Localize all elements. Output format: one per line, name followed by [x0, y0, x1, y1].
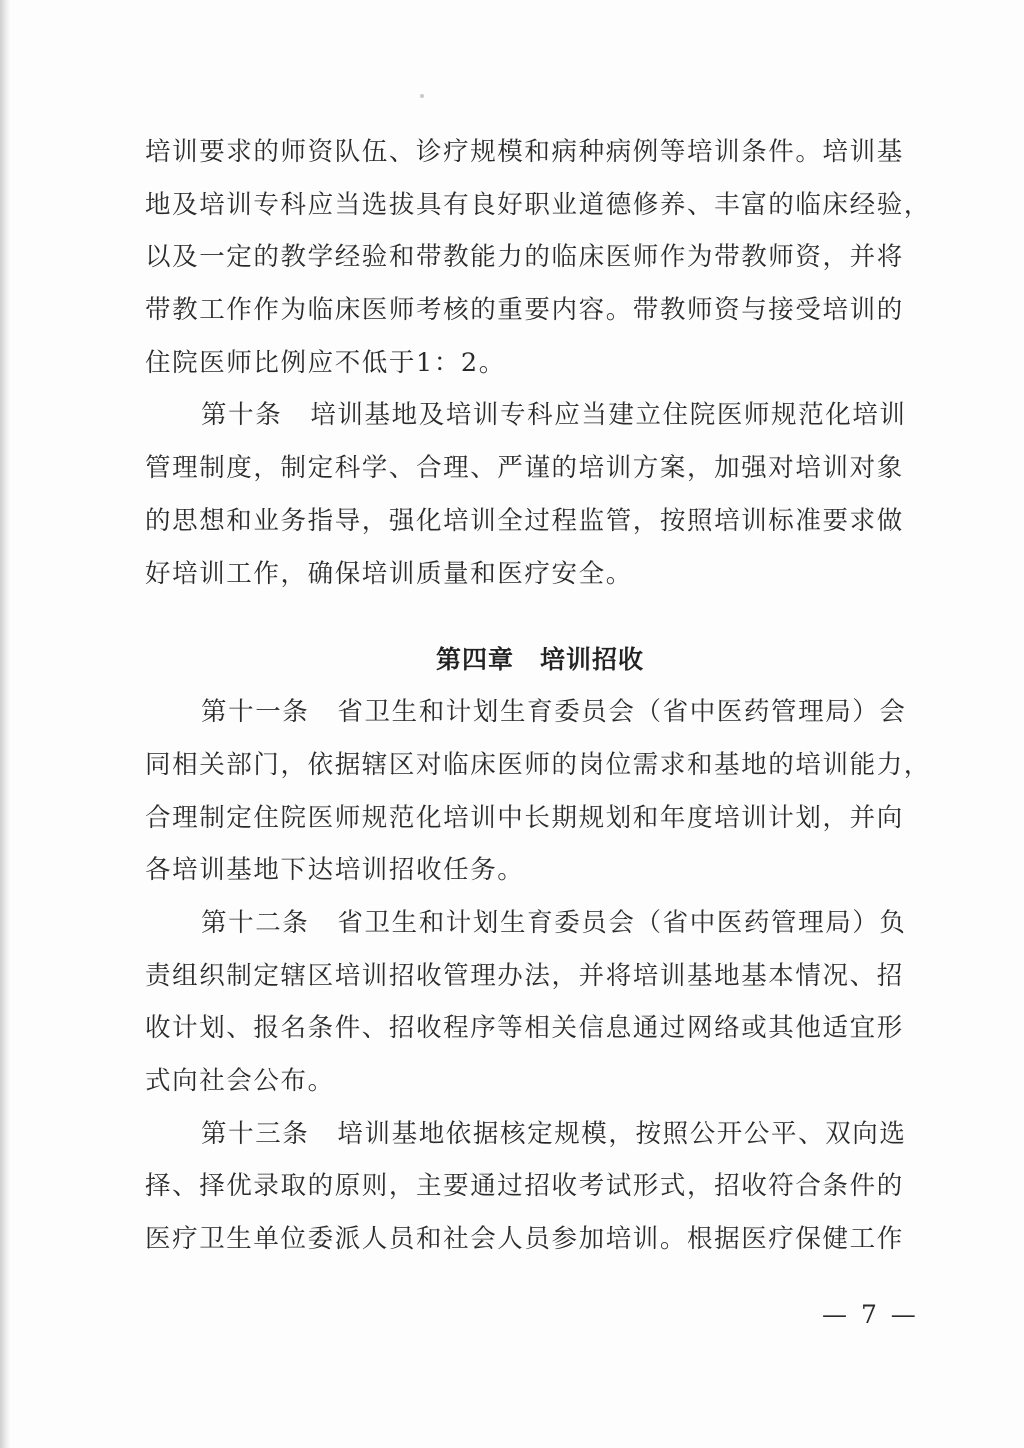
text-line: 收计划、报名条件、招收程序等相关信息通过网络或其他适宜形 [145, 1002, 935, 1055]
text-line: 医疗卫生单位委派人员和社会人员参加培训。根据医疗保健工作 [145, 1213, 935, 1266]
text-line: 同相关部门，依据辖区对临床医师的岗位需求和基地的培训能力， [145, 739, 935, 792]
article-number: 第十条 [201, 400, 282, 430]
text-line: 带教工作作为临床医师考核的重要内容。带教师资与接受培训的 [145, 284, 935, 337]
text-line: 管理制度，制定科学、合理、严谨的培训方案，加强对培训对象 [145, 442, 935, 495]
scan-edge-shadow [0, 0, 10, 1448]
article-text: 培训基地依据核定规模，按照公开公平、双向选 [337, 1119, 906, 1149]
paragraph-continuation: 培训要求的师资队伍、诊疗规模和病种病例等培训条件。培训基 地及培训专科应当选拔具… [145, 126, 935, 389]
section-spacer [145, 600, 935, 634]
text-line: 地及培训专科应当选拔具有良好职业道德修养、丰富的临床经验， [145, 179, 935, 232]
text-line: 以及一定的教学经验和带教能力的临床医师作为带教师资，并将 [145, 231, 935, 284]
scan-speck [420, 94, 424, 98]
article-10: 第十条培训基地及培训专科应当建立住院医师规范化培训 管理制度，制定科学、合理、严… [145, 389, 935, 600]
article-first-line: 第十二条省卫生和计划生育委员会（省中医药管理局）负 [145, 897, 935, 950]
text-line: 培训要求的师资队伍、诊疗规模和病种病例等培训条件。培训基 [145, 126, 935, 179]
article-number: 第十一条 [201, 697, 309, 727]
text-line: 合理制定住院医师规范化培训中长期规划和年度培训计划，并向 [145, 792, 935, 845]
text-line: 好培训工作，确保培训质量和医疗安全。 [145, 548, 935, 601]
text-line: 择、择优录取的原则，主要通过招收考试形式，招收符合条件的 [145, 1160, 935, 1213]
article-11: 第十一条省卫生和计划生育委员会（省中医药管理局）会 同相关部门，依据辖区对临床医… [145, 686, 935, 897]
text-line: 式向社会公布。 [145, 1055, 935, 1108]
page-number: — 7 — [822, 1300, 919, 1329]
article-number: 第十三条 [201, 1119, 309, 1149]
text-line: 责组织制定辖区培训招收管理办法，并将培训基地基本情况、招 [145, 950, 935, 1003]
article-text: 省卫生和计划生育委员会（省中医药管理局）会 [337, 697, 906, 727]
text-line: 的思想和业务指导，强化培训全过程监管，按照培训标准要求做 [145, 495, 935, 548]
article-text: 培训基地及培训专科应当建立住院医师规范化培训 [310, 400, 906, 430]
article-text: 省卫生和计划生育委员会（省中医药管理局）负 [337, 908, 906, 938]
article-13: 第十三条培训基地依据核定规模，按照公开公平、双向选 择、择优录取的原则，主要通过… [145, 1108, 935, 1266]
article-number: 第十二条 [201, 908, 309, 938]
article-first-line: 第十一条省卫生和计划生育委员会（省中医药管理局）会 [145, 686, 935, 739]
chapter-heading: 第四章 培训招收 [145, 634, 935, 686]
article-first-line: 第十条培训基地及培训专科应当建立住院医师规范化培训 [145, 389, 935, 442]
text-line: 住院医师比例应不低于1：2。 [145, 337, 935, 390]
text-line: 各培训基地下达培训招收任务。 [145, 844, 935, 897]
article-12: 第十二条省卫生和计划生育委员会（省中医药管理局）负 责组织制定辖区培训招收管理办… [145, 897, 935, 1108]
document-page: 培训要求的师资队伍、诊疗规模和病种病例等培训条件。培训基 地及培训专科应当选拔具… [145, 126, 935, 1266]
article-first-line: 第十三条培训基地依据核定规模，按照公开公平、双向选 [145, 1108, 935, 1161]
